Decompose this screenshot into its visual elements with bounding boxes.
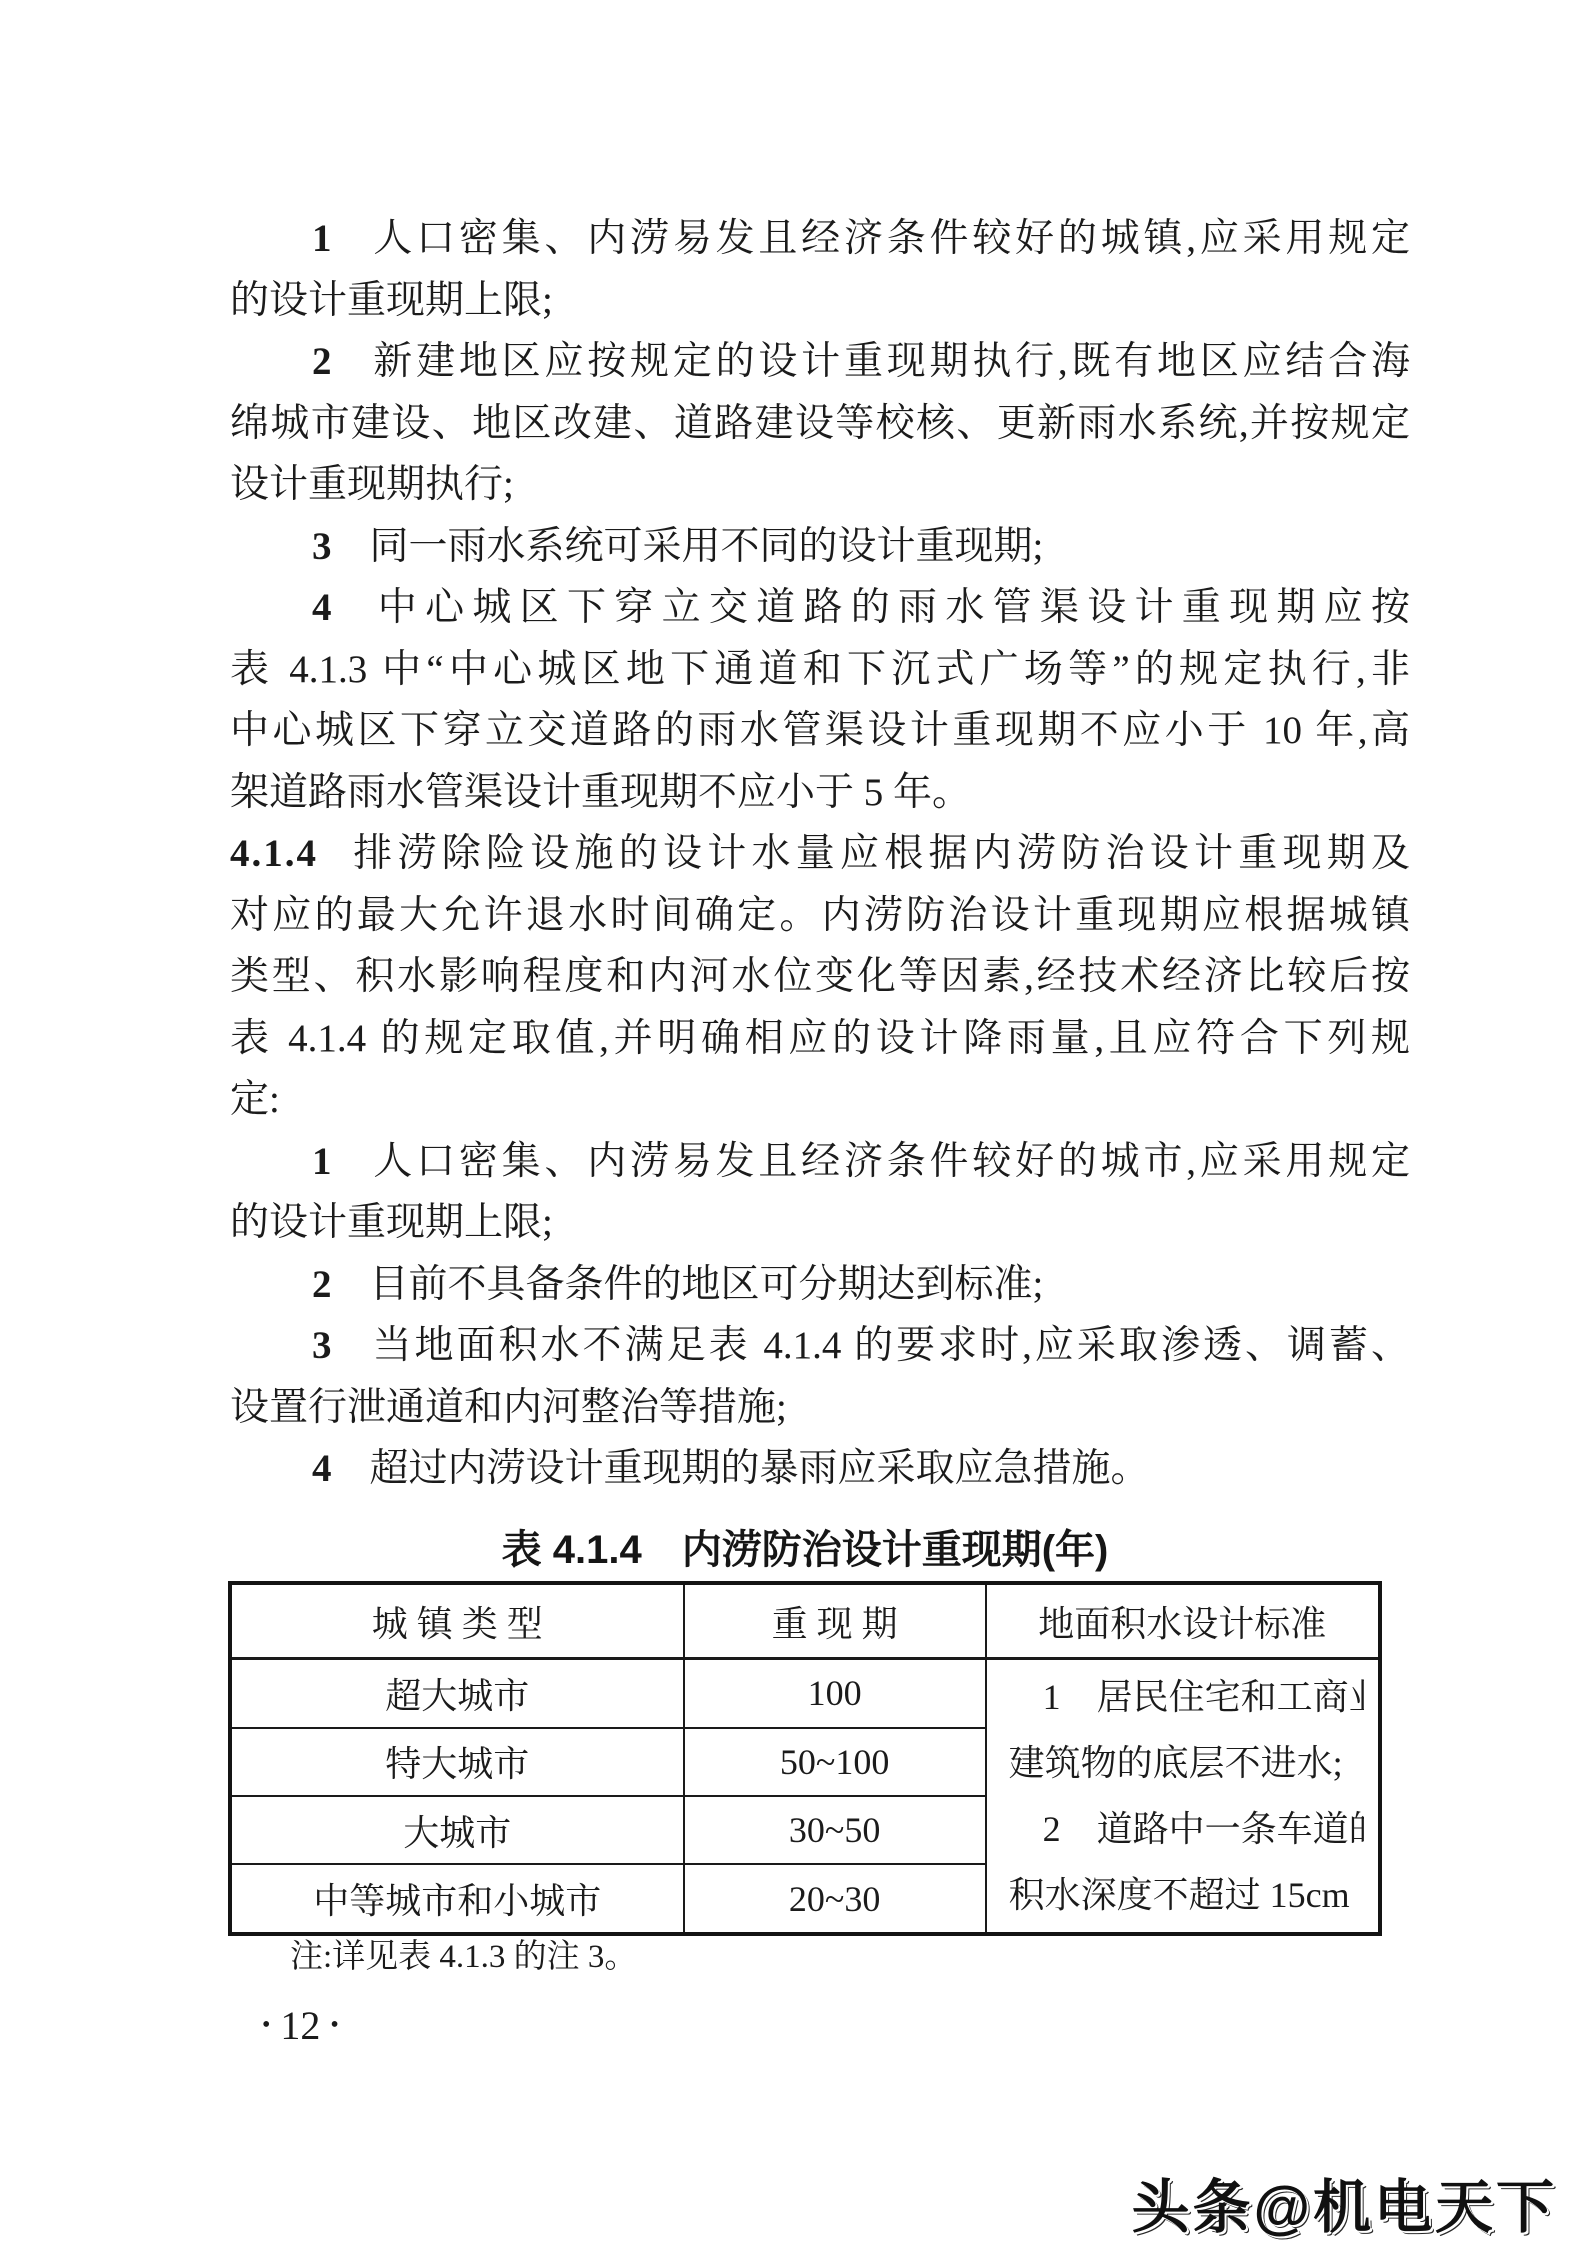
body-line: 4中心城区下穿立交道路的雨水管渠设计重现期应按 (230, 577, 1410, 639)
item-number: 2 (312, 340, 332, 383)
cell-return-period: 30~50 (684, 1796, 986, 1864)
body-line: 对应的最大允许退水时间确定。内涝防治设计重现期应根据城镇 (230, 885, 1410, 947)
line-text: 表 4.1.4 的规定取值,并明确相应的设计降雨量,且应符合下列规 (230, 1017, 1410, 1060)
body-line-section: 4.1.4排涝除险设施的设计水量应根据内涝防治设计重现期及 (230, 823, 1410, 885)
line-text: 的设计重现期上限; (230, 1201, 553, 1244)
line-text: 同一雨水系统可采用不同的设计重现期; (370, 525, 1044, 568)
body-line: 类型、积水影响程度和内河水位变化等因素,经技术经济比较后按 (230, 946, 1410, 1008)
body-line: 的设计重现期上限; (230, 270, 1410, 332)
cell-return-period: 20~30 (684, 1864, 986, 1934)
body-line: 表 4.1.4 的规定取值,并明确相应的设计降雨量,且应符合下列规 (230, 1008, 1410, 1070)
item-number: 1 (312, 1140, 332, 1183)
header-city-type: 城 镇 类 型 (230, 1583, 684, 1659)
standard-line: 1 居民住宅和工商业 (1009, 1664, 1364, 1730)
header-return-period: 重 现 期 (684, 1583, 986, 1659)
table-header-row: 城 镇 类 型 重 现 期 地面积水设计标准 (230, 1583, 1380, 1659)
section-number: 4.1.4 (230, 832, 318, 875)
document-page: 1人口密集、内涝易发且经济条件较好的城镇,应采用规定 的设计重现期上限; 2新建… (0, 0, 1587, 2245)
page-number-dot: • (252, 2012, 280, 2038)
item-number: 4 (312, 586, 332, 629)
flood-control-table: 城 镇 类 型 重 现 期 地面积水设计标准 超大城市 100 1 居民住宅和工… (228, 1581, 1382, 1936)
line-text: 人口密集、内涝易发且经济条件较好的城市,应采用规定 (370, 1140, 1411, 1183)
cell-return-period: 100 (684, 1659, 986, 1728)
line-text: 新建地区应按规定的设计重现期执行,既有地区应结合海 (370, 340, 1411, 383)
body-line: 定: (230, 1069, 1410, 1131)
body-line: 表 4.1.3 中“中心城区地下通道和下沉式广场等”的规定执行,非 (230, 639, 1410, 701)
line-text: 表 4.1.3 中“中心城区地下通道和下沉式广场等”的规定执行,非 (230, 648, 1410, 691)
item-number: 4 (312, 1447, 332, 1490)
page-number-dot: • (320, 2012, 348, 2038)
line-text: 架道路雨水管渠设计重现期不应小于 5 年。 (230, 771, 971, 814)
line-text: 的设计重现期上限; (230, 279, 553, 322)
table-note: 注:详见表 4.1.3 的注 3。 (290, 1930, 637, 1977)
body-line: 4超过内涝设计重现期的暴雨应采取应急措施。 (230, 1438, 1410, 1500)
cell-ponding-standard: 1 居民住宅和工商业 建筑物的底层不进水; 2 道路中一条车道的 积水深度不超过… (986, 1659, 1380, 1935)
body-line: 1人口密集、内涝易发且经济条件较好的城镇,应采用规定 (230, 208, 1410, 270)
line-text: 中心城区下穿立交道路的雨水管渠设计重现期应按 (370, 586, 1411, 629)
line-text: 绵城市建设、地区改建、道路建设等校核、更新雨水系统,并按规定 (230, 402, 1410, 445)
line-text: 设计重现期执行; (230, 463, 514, 506)
page-number-value: 12 (280, 2003, 320, 2048)
body-text: 1人口密集、内涝易发且经济条件较好的城镇,应采用规定 的设计重现期上限; 2新建… (230, 208, 1410, 1500)
cell-city-type: 特大城市 (230, 1728, 684, 1796)
standard-line: 2 道路中一条车道的 (1009, 1796, 1364, 1862)
item-number: 3 (312, 525, 332, 568)
body-line: 设计重现期执行; (230, 454, 1410, 516)
page-number: •12• (252, 2002, 349, 2049)
standard-line: 积水深度不超过 15cm (1009, 1862, 1364, 1928)
body-line: 的设计重现期上限; (230, 1192, 1410, 1254)
item-number: 1 (312, 217, 332, 260)
standard-line: 建筑物的底层不进水; (1009, 1730, 1364, 1796)
line-text: 类型、积水影响程度和内河水位变化等因素,经技术经济比较后按 (230, 955, 1410, 998)
body-line: 3当地面积水不满足表 4.1.4 的要求时,应采取渗透、调蓄、 (230, 1315, 1410, 1377)
table-row: 超大城市 100 1 居民住宅和工商业 建筑物的底层不进水; 2 道路中一条车道… (230, 1659, 1380, 1728)
body-line: 3同一雨水系统可采用不同的设计重现期; (230, 516, 1410, 578)
line-text: 设置行泄通道和内河整治等措施; (230, 1386, 787, 1429)
body-line: 设置行泄通道和内河整治等措施; (230, 1377, 1410, 1439)
line-text: 定: (230, 1078, 280, 1121)
watermark-text: 头条@机电天下 (1131, 2160, 1557, 2244)
line-text: 对应的最大允许退水时间确定。内涝防治设计重现期应根据城镇 (230, 894, 1410, 937)
line-text: 人口密集、内涝易发且经济条件较好的城镇,应采用规定 (370, 217, 1411, 260)
line-text: 中心城区下穿立交道路的雨水管渠设计重现期不应小于 10 年,高 (230, 709, 1410, 752)
line-text: 排涝除险设施的设计水量应根据内涝防治设计重现期及 (348, 832, 1410, 875)
cell-return-period: 50~100 (684, 1728, 986, 1796)
body-line: 1人口密集、内涝易发且经济条件较好的城市,应采用规定 (230, 1131, 1410, 1193)
item-number: 3 (312, 1324, 332, 1367)
cell-city-type: 大城市 (230, 1796, 684, 1864)
cell-city-type: 超大城市 (230, 1659, 684, 1728)
body-line: 绵城市建设、地区改建、道路建设等校核、更新雨水系统,并按规定 (230, 393, 1410, 455)
line-text: 超过内涝设计重现期的暴雨应采取应急措施。 (370, 1447, 1150, 1490)
body-line: 2目前不具备条件的地区可分期达到标准; (230, 1254, 1410, 1316)
body-line: 2新建地区应按规定的设计重现期执行,既有地区应结合海 (230, 331, 1410, 393)
body-line: 中心城区下穿立交道路的雨水管渠设计重现期不应小于 10 年,高 (230, 700, 1410, 762)
line-text: 目前不具备条件的地区可分期达到标准; (370, 1263, 1044, 1306)
cell-city-type: 中等城市和小城市 (230, 1864, 684, 1934)
header-ponding-standard: 地面积水设计标准 (986, 1583, 1380, 1659)
item-number: 2 (312, 1263, 332, 1306)
table-caption: 表 4.1.4 内涝防治设计重现期(年) (228, 1518, 1382, 1575)
body-line: 架道路雨水管渠设计重现期不应小于 5 年。 (230, 762, 1410, 824)
line-text: 当地面积水不满足表 4.1.4 的要求时,应采取渗透、调蓄、 (370, 1324, 1411, 1367)
